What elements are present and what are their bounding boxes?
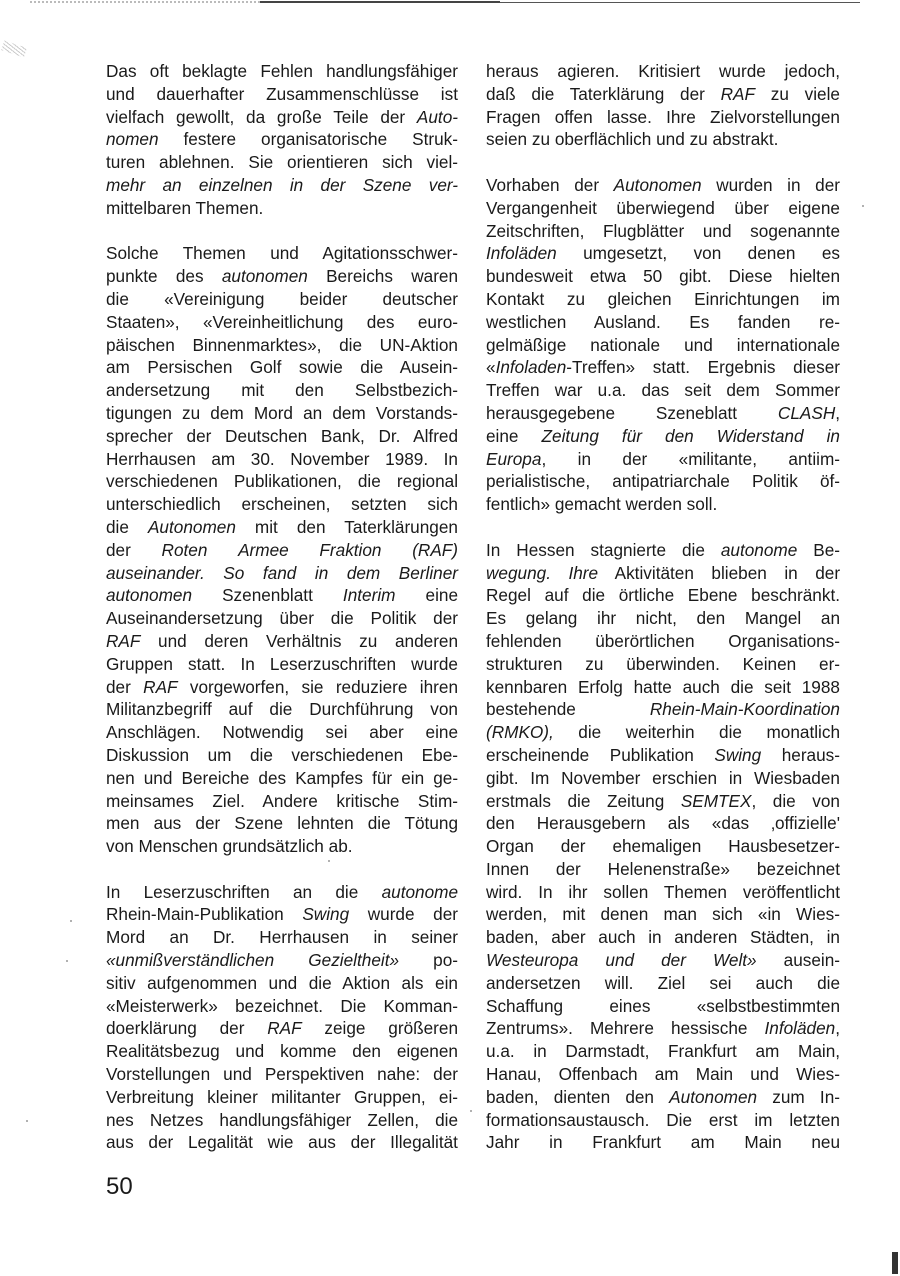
paragraph: In Leserzuschriften an die autonomeRhein… xyxy=(106,881,458,1155)
text-line: Diskussion um die verschiedenen Ebe- xyxy=(106,744,458,767)
right-text-column: heraus agieren. Kritisiert wurde jedoch,… xyxy=(486,60,840,1177)
text-line: Auseinandersetzung über die Politik der xyxy=(106,607,458,630)
text-line: «unmißverständlichen Gezieltheit» po- xyxy=(106,949,458,972)
text-line: strukturen zu überwinden. Keinen er- xyxy=(486,653,840,676)
text-line: Westeuropa und der Welt» ausein- xyxy=(486,949,840,972)
text-line: fentlich» gemacht werden soll. xyxy=(486,493,840,516)
scan-smudge xyxy=(1,41,27,58)
text-line: fehlenden überörtlichen Organisations- xyxy=(486,630,840,653)
text-line: nes Netzes handlungsfähiger Zellen, die xyxy=(106,1109,458,1132)
text-line: turen ablehnen. Sie orientieren sich vie… xyxy=(106,151,458,174)
text-line: sprecher der Deutschen Bank, Dr. Alfred xyxy=(106,425,458,448)
text-line: seien zu oberflächlich und zu abstrakt. xyxy=(486,128,840,151)
text-line: westlichen Ausland. Es fanden re- xyxy=(486,311,840,334)
text-line: In Hessen stagnierte die autonome Be- xyxy=(486,539,840,562)
text-line: der RAF vorgeworfen, sie reduziere ihren xyxy=(106,676,458,699)
text-line: Zentrums». Mehrere hessische Infoläden, xyxy=(486,1017,840,1040)
text-line: autonomen Szenenblatt Interim eine xyxy=(106,584,458,607)
text-line: verschiedenen Publikationen, die regiona… xyxy=(106,470,458,493)
text-line: Vorstellungen und Perspektiven nahe: der xyxy=(106,1063,458,1086)
scan-top-border-right xyxy=(500,2,860,3)
scan-speck xyxy=(26,1120,28,1122)
text-line: mehr an einzelnen in der Szene ver- xyxy=(106,174,458,197)
paragraph: Solche Themen und Agitationsschwer-punkt… xyxy=(106,242,458,858)
text-line: u.a. in Darmstadt, Frankfurt am Main, xyxy=(486,1040,840,1063)
text-line: wird. In ihr sollen Themen veröffentlich… xyxy=(486,881,840,904)
text-line: Realitätsbezug und komme den eigenen xyxy=(106,1040,458,1063)
text-line: aus der Legalität wie aus der Illegalitä… xyxy=(106,1131,458,1154)
text-line: Rhein-Main-Publikation Swing wurde der xyxy=(106,903,458,926)
text-line: auseinander. So fand in dem Berliner xyxy=(106,562,458,585)
text-line: tigungen zu dem Mord an dem Vorstands- xyxy=(106,402,458,425)
text-line: Vorhaben der Autonomen wurden in der xyxy=(486,174,840,197)
text-line: sitiv aufgenommen und die Aktion als ein xyxy=(106,972,458,995)
text-line: päischen Binnenmarktes», die UN-Aktion xyxy=(106,334,458,357)
text-line: formationsaustausch. Die erst im letzten xyxy=(486,1109,840,1132)
text-line: gelmäßige nationale und internationale xyxy=(486,334,840,357)
page-number: 50 xyxy=(106,1172,133,1202)
text-line: nen und Bereiche des Kampfes für ein ge- xyxy=(106,767,458,790)
text-line: Herrhausen am 30. November 1989. In xyxy=(106,448,458,471)
text-line: perialistische, antipatriarchale Politik… xyxy=(486,470,840,493)
left-text-column: Das oft beklagte Fehlen handlungsfähiger… xyxy=(106,60,458,1177)
text-line: vielfach gewollt, da große Teile der Aut… xyxy=(106,106,458,129)
text-line: erscheinende Publikation Swing heraus- xyxy=(486,744,840,767)
text-line: bestehende Rhein-Main-Koordination xyxy=(486,698,840,721)
text-line: Das oft beklagte Fehlen handlungsfähiger xyxy=(106,60,458,83)
text-line: nomen festere organisatorische Struk- xyxy=(106,128,458,151)
text-line: «Infoladen-Treffen» statt. Ergebnis dies… xyxy=(486,356,840,379)
text-line: Solche Themen und Agitationsschwer- xyxy=(106,242,458,265)
text-line: wegung. Ihre Aktivitäten blieben in der xyxy=(486,562,840,585)
text-line: Kontakt zu gleichen Einrichtungen im xyxy=(486,288,840,311)
text-line: Verbreitung kleiner militanter Gruppen, … xyxy=(106,1086,458,1109)
text-line: die Autonomen mit den Taterklärungen xyxy=(106,516,458,539)
paragraph: In Hessen stagnierte die autonome Be-weg… xyxy=(486,539,840,1155)
text-line: den Herausgebern als «das ‚offizielle' xyxy=(486,812,840,835)
text-line: Fragen offen lasse. Ihre Zielvorstellung… xyxy=(486,106,840,129)
text-line: die «Vereinigung beider deutscher xyxy=(106,288,458,311)
text-line: erstmals die Zeitung SEMTEX, die von xyxy=(486,790,840,813)
text-line: daß die Taterklärung der RAF zu viele xyxy=(486,83,840,106)
text-line: (RMKO), die weiterhin die monatlich xyxy=(486,721,840,744)
text-line: andersetzen will. Ziel sei auch die xyxy=(486,972,840,995)
text-line: baden, dienten den Autonomen zum In- xyxy=(486,1086,840,1109)
paragraph: heraus agieren. Kritisiert wurde jedoch,… xyxy=(486,60,840,151)
text-line: unterschiedlich erscheinen, setzten sich xyxy=(106,493,458,516)
scan-speck xyxy=(470,1110,472,1112)
text-line: Zeitschriften, Flugblätter und sogenannt… xyxy=(486,220,840,243)
text-line: Gruppen statt. In Leserzuschriften wurde xyxy=(106,653,458,676)
text-line: eine Zeitung für den Widerstand in xyxy=(486,425,840,448)
text-line: Vergangenheit überwiegend über eigene xyxy=(486,197,840,220)
text-line: heraus agieren. Kritisiert wurde jedoch, xyxy=(486,60,840,83)
text-line: punkte des autonomen Bereichs waren xyxy=(106,265,458,288)
text-line: RAF und deren Verhältnis zu anderen xyxy=(106,630,458,653)
text-line: baden, aber auch in anderen Städten, in xyxy=(486,926,840,949)
text-line: Staaten», «Vereinheitlichung des euro- xyxy=(106,311,458,334)
scan-speck xyxy=(328,860,330,862)
text-line: gibt. Im November erschien in Wiesbaden xyxy=(486,767,840,790)
text-line: bundesweit etwa 50 gibt. Diese hielten xyxy=(486,265,840,288)
text-line: Treffen war u.a. das seit dem Sommer xyxy=(486,379,840,402)
text-line: Organ der ehemaligen Hausbesetzer- xyxy=(486,835,840,858)
text-line: mittelbaren Themen. xyxy=(106,197,458,220)
text-line: andersetzung mit den Selbstbezich- xyxy=(106,379,458,402)
scan-edge-mark xyxy=(892,1252,898,1274)
text-line: Anschlägen. Notwendig sei aber eine xyxy=(106,721,458,744)
text-line: men aus der Szene lehnten die Tötung xyxy=(106,812,458,835)
text-line: herausgegebene Szeneblatt CLASH, xyxy=(486,402,840,425)
text-line: von Menschen grundsätzlich ab. xyxy=(106,835,458,858)
text-line: In Leserzuschriften an die autonome xyxy=(106,881,458,904)
scan-top-border-dark xyxy=(260,1,500,3)
paragraph: Vorhaben der Autonomen wurden in derVerg… xyxy=(486,174,840,516)
text-line: Infoläden umgesetzt, von denen es xyxy=(486,242,840,265)
text-line: am Persischen Golf sowie die Ausein- xyxy=(106,356,458,379)
text-line: Es gelang ihr nicht, den Mangel an xyxy=(486,607,840,630)
scan-speck xyxy=(70,920,72,922)
scan-speck xyxy=(298,1010,300,1012)
text-line: Regel auf die örtliche Ebene beschränkt. xyxy=(486,584,840,607)
paragraph: Das oft beklagte Fehlen handlungsfähiger… xyxy=(106,60,458,220)
text-line: «Meisterwerk» bezeichnet. Die Komman- xyxy=(106,995,458,1018)
text-line: Mord an Dr. Herrhausen in seiner xyxy=(106,926,458,949)
text-line: Hanau, Offenbach am Main und Wies- xyxy=(486,1063,840,1086)
text-line: Jahr in Frankfurt am Main neu xyxy=(486,1131,840,1154)
text-line: Europa, in der «militante, antiim- xyxy=(486,448,840,471)
text-line: kennbaren Erfolg hatte auch die seit 198… xyxy=(486,676,840,699)
text-line: der Roten Armee Fraktion (RAF) xyxy=(106,539,458,562)
text-line: werden, mit denen man sich «in Wies- xyxy=(486,903,840,926)
text-line: meinsames Ziel. Andere kritische Stim- xyxy=(106,790,458,813)
text-line: doerklärung der RAF zeige größeren xyxy=(106,1017,458,1040)
text-line: und dauerhafter Zusammenschlüsse ist xyxy=(106,83,458,106)
text-line: Militanzbegriff auf die Durchführung von xyxy=(106,698,458,721)
scan-speck xyxy=(66,960,68,962)
scan-speck xyxy=(862,205,864,207)
text-line: Schaffung eines «selbstbestimmten xyxy=(486,995,840,1018)
text-line: Innen der Helenenstraße» bezeichnet xyxy=(486,858,840,881)
